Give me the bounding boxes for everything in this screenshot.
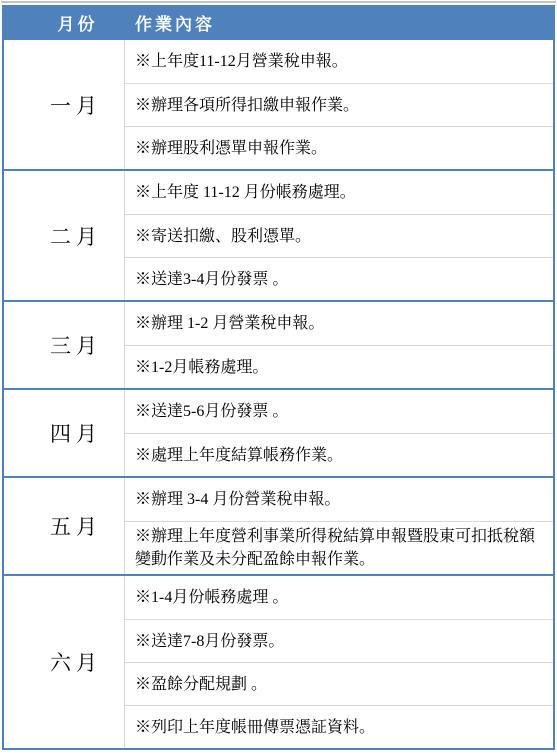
month-cell-label: 二月 [50,221,102,251]
task-text: ※列印上年度帳冊傳票憑証資料。 [135,716,375,739]
task-text: ※上年度11-12月營業稅申報。 [135,50,348,73]
top-border-line [1,1,556,3]
task-row: ※盈餘分配規劃 。 [125,662,553,705]
month-cell: 一月 [4,40,125,169]
month-cell-label: 四月 [50,418,102,448]
task-text: ※送達3-4月份發票 。 [135,268,288,291]
task-text: ※寄送扣繳、股利憑單。 [135,225,311,248]
month-cell-label: 五月 [50,511,102,541]
task-row: ※處理上年度結算帳務作業。 [125,433,553,476]
task-row: ※上年度11-12月營業稅申報。 [125,40,553,83]
task-row: ※辦理股利憑單申報作業。 [125,126,553,169]
task-text: ※送達5-6月份發票 。 [135,400,288,423]
month-group-row: 六月 ※1-4月份帳務處理 。 ※送達7-8月份發票。 ※盈餘分配規劃 。 ※列… [4,574,553,748]
month-group-row: 四月 ※送達5-6月份發票 。 ※處理上年度結算帳務作業。 [4,388,553,476]
tasks-column: ※辦理 1-2 月營業稅申報。 ※1-2月帳務處理。 [125,302,553,388]
month-cell-label: 三月 [50,330,102,360]
task-text: ※辦理各項所得扣繳申報作業。 [135,94,359,117]
task-text: ※送達7-8月份發票。 [135,630,284,653]
month-cell-label: 六月 [50,647,102,677]
tasks-column: ※1-4月份帳務處理 。 ※送達7-8月份發票。 ※盈餘分配規劃 。 ※列印上年… [125,576,553,748]
month-cell: 三月 [4,302,125,388]
task-text: ※1-4月份帳務處理 。 [135,586,288,609]
task-text: ※1-2月帳務處理。 [135,356,268,379]
task-row: ※上年度 11-12 月份帳務處理。 [125,171,553,214]
tasks-column: ※上年度11-12月營業稅申報。 ※辦理各項所得扣繳申報作業。 ※辦理股利憑單申… [125,40,553,169]
task-text: ※上年度 11-12 月份帳務處理。 [135,181,356,204]
task-row: ※辦理 3-4 月份營業稅申報。 [125,478,553,521]
header-cell-content: 作業內容 [125,10,215,35]
tasks-column: ※辦理 3-4 月份營業稅申報。 ※辦理上年度營利事業所得稅結算申報暨股東可扣抵… [125,478,553,574]
month-group-row: 三月 ※辦理 1-2 月營業稅申報。 ※1-2月帳務處理。 [4,300,553,388]
task-row: ※辦理各項所得扣繳申報作業。 [125,83,553,126]
task-text: ※辦理 3-4 月份營業稅申報。 [135,488,340,511]
table-body: 一月 ※上年度11-12月營業稅申報。 ※辦理各項所得扣繳申報作業。 ※辦理股利… [4,40,553,748]
task-row: ※送達5-6月份發票 。 [125,390,553,433]
task-row: ※寄送扣繳、股利憑單。 [125,214,553,257]
month-cell-label: 一月 [50,90,102,120]
task-text: ※辦理上年度營利事業所得稅結算申報暨股東可扣抵稅額變動作業及未分配盈餘申報作業。 [135,525,543,571]
table-header-row: 月份 作業內容 [4,5,553,40]
monthly-schedule-table: 月份 作業內容 一月 ※上年度11-12月營業稅申報。 ※辦理各項所得扣繳申報作… [2,5,555,750]
task-row: ※送達7-8月份發票。 [125,619,553,662]
month-group-row: 五月 ※辦理 3-4 月份營業稅申報。 ※辦理上年度營利事業所得稅結算申報暨股東… [4,476,553,574]
month-group-row: 二月 ※上年度 11-12 月份帳務處理。 ※寄送扣繳、股利憑單。 ※送達3-4… [4,169,553,300]
task-row: ※送達3-4月份發票 。 [125,257,553,300]
month-cell: 六月 [4,576,125,748]
month-cell: 五月 [4,478,125,574]
tasks-column: ※上年度 11-12 月份帳務處理。 ※寄送扣繳、股利憑單。 ※送達3-4月份發… [125,171,553,300]
tasks-column: ※送達5-6月份發票 。 ※處理上年度結算帳務作業。 [125,390,553,476]
task-text: ※盈餘分配規劃 。 [135,673,267,696]
task-row: ※辦理 1-2 月營業稅申報。 [125,302,553,345]
page: 月份 作業內容 一月 ※上年度11-12月營業稅申報。 ※辦理各項所得扣繳申報作… [0,0,557,756]
task-text: ※辦理股利憑單申報作業。 [135,137,327,160]
month-cell: 二月 [4,171,125,300]
month-group-row: 一月 ※上年度11-12月營業稅申報。 ※辦理各項所得扣繳申報作業。 ※辦理股利… [4,40,553,169]
task-row: ※辦理上年度營利事業所得稅結算申報暨股東可扣抵稅額變動作業及未分配盈餘申報作業。 [125,521,553,574]
task-row: ※1-4月份帳務處理 。 [125,576,553,619]
task-text: ※辦理 1-2 月營業稅申報。 [135,312,324,335]
task-row: ※1-2月帳務處理。 [125,345,553,388]
task-text: ※處理上年度結算帳務作業。 [135,444,343,467]
task-row: ※列印上年度帳冊傳票憑証資料。 [125,705,553,748]
header-cell-month: 月份 [4,10,125,35]
month-cell: 四月 [4,390,125,476]
